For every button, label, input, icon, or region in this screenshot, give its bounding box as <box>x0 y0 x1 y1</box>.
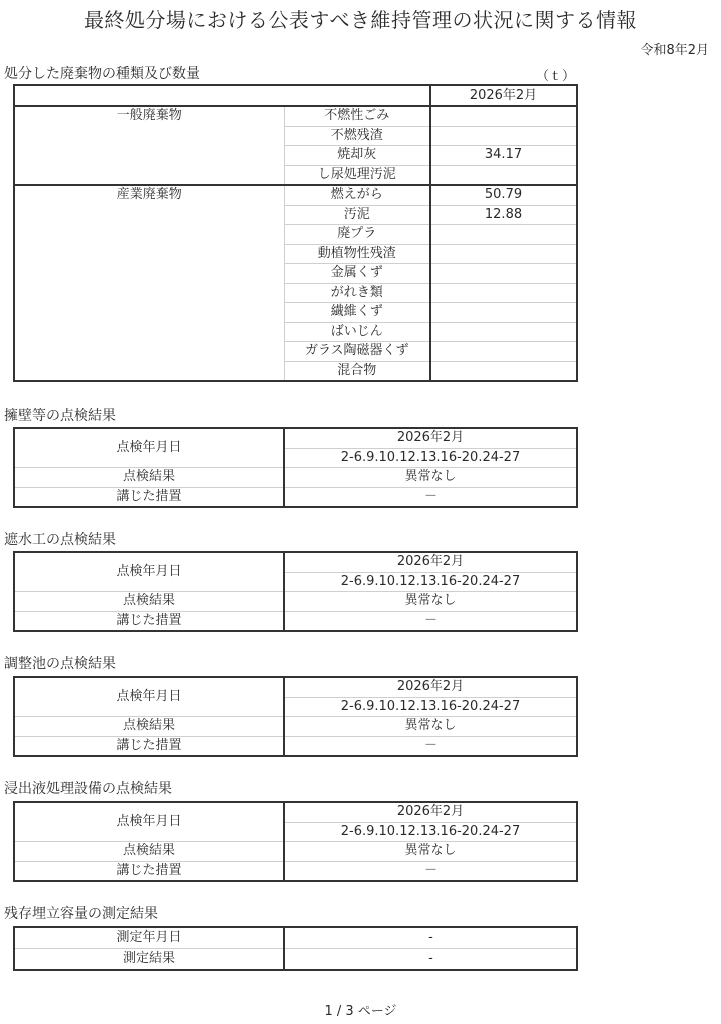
document-date: 令和8年2月 <box>640 39 709 58</box>
item-name: 廃プラ <box>284 225 430 245</box>
inspection-measure: － <box>284 611 577 631</box>
item-value <box>430 303 577 323</box>
item-value <box>430 225 577 245</box>
item-value <box>430 126 577 146</box>
item-name: ばいじん <box>284 322 430 342</box>
item-value: 34.17 <box>430 146 577 166</box>
item-name: 焼却灰 <box>284 146 430 166</box>
header-blank-cell <box>14 85 430 106</box>
column-header: 2026年2月 <box>430 85 577 106</box>
inspection-days: 2-6.9.10.12.13.16-20.24-27 <box>284 697 577 717</box>
item-value: 12.88 <box>430 205 577 225</box>
inspection-month: 2026年2月 <box>284 802 577 822</box>
inspection-month: 2026年2月 <box>284 428 577 448</box>
item-value <box>430 283 577 303</box>
inspection-table-retention-pond: 点検年月日2026年2月 2-6.9.10.12.13.16-20.24-27 … <box>13 676 578 757</box>
inspection-date-label: 点検年月日 <box>14 677 284 717</box>
capacity-result-label: 測定結果 <box>14 949 284 971</box>
inspection-date-label: 点検年月日 <box>14 802 284 842</box>
inspection-result: 異常なし <box>284 592 577 612</box>
inspection-result-label: 点検結果 <box>14 717 284 737</box>
document-title: 最終処分場における公表すべき維持管理の状況に関する情報 <box>0 4 721 33</box>
item-name: 不燃性ごみ <box>284 106 430 126</box>
inspection-result: 異常なし <box>284 468 577 488</box>
inspection-measure: － <box>284 487 577 507</box>
inspection-result: 異常なし <box>284 842 577 862</box>
inspection-measure: － <box>284 861 577 881</box>
inspection-measure-label: 講じた措置 <box>14 611 284 631</box>
capacity-result-value: - <box>284 949 577 971</box>
inspection-result-label: 点検結果 <box>14 592 284 612</box>
page-number: 1 / 3 ページ <box>0 1000 721 1019</box>
inspection-measure-label: 講じた措置 <box>14 861 284 881</box>
table-row: 一般廃棄物 不燃性ごみ <box>14 106 577 126</box>
inspection-table-leachate-treatment: 点検年月日2026年2月 2-6.9.10.12.13.16-20.24-27 … <box>13 801 578 882</box>
inspection-days: 2-6.9.10.12.13.16-20.24-27 <box>284 448 577 468</box>
inspection-month: 2026年2月 <box>284 552 577 572</box>
item-value <box>430 106 577 126</box>
item-value <box>430 264 577 284</box>
capacity-section-title: 残存埋立容量の測定結果 <box>4 903 158 923</box>
item-name: がれき類 <box>284 283 430 303</box>
inspection-date-label: 点検年月日 <box>14 428 284 468</box>
inspection-measure: － <box>284 736 577 756</box>
category-cell: 産業廃棄物 <box>14 185 284 381</box>
item-name: 燃えがら <box>284 185 430 205</box>
inspection-section-title: 擁壁等の点検結果 <box>4 405 116 425</box>
item-name: 動植物性残渣 <box>284 244 430 264</box>
inspection-days: 2-6.9.10.12.13.16-20.24-27 <box>284 822 577 842</box>
inspection-measure-label: 講じた措置 <box>14 487 284 507</box>
item-value <box>430 244 577 264</box>
inspection-result-label: 点検結果 <box>14 842 284 862</box>
inspection-section-title: 浸出液処理設備の点検結果 <box>4 778 172 798</box>
item-name: 汚泥 <box>284 205 430 225</box>
inspection-table-retaining-wall: 点検年月日2026年2月 2-6.9.10.12.13.16-20.24-27 … <box>13 427 578 508</box>
item-value: 50.79 <box>430 185 577 205</box>
capacity-table: 測定年月日- 測定結果- <box>13 926 578 971</box>
inspection-result-label: 点検結果 <box>14 468 284 488</box>
waste-table: 2026年2月 一般廃棄物 不燃性ごみ 不燃残渣 焼却灰 34.17 し尿処理汚… <box>13 84 578 382</box>
unit-label: （ｔ） <box>536 65 575 84</box>
inspection-section-title: 遮水工の点検結果 <box>4 529 116 549</box>
item-name: 不燃残渣 <box>284 126 430 146</box>
inspection-measure-label: 講じた措置 <box>14 736 284 756</box>
item-name: 金属くず <box>284 264 430 284</box>
item-name: ガラス陶磁器くず <box>284 342 430 362</box>
table-header-row: 2026年2月 <box>14 85 577 106</box>
capacity-date-label: 測定年月日 <box>14 927 284 949</box>
waste-section-title: 処分した廃棄物の種類及び数量 <box>4 63 200 83</box>
item-value <box>430 165 577 185</box>
table-row: 産業廃棄物 燃えがら 50.79 <box>14 185 577 205</box>
inspection-result: 異常なし <box>284 717 577 737</box>
inspection-date-label: 点検年月日 <box>14 552 284 592</box>
inspection-section-title: 調整池の点検結果 <box>4 653 116 673</box>
inspection-month: 2026年2月 <box>284 677 577 697</box>
item-name: し尿処理汚泥 <box>284 165 430 185</box>
capacity-date-value: - <box>284 927 577 949</box>
item-value <box>430 322 577 342</box>
inspection-days: 2-6.9.10.12.13.16-20.24-27 <box>284 572 577 592</box>
item-value <box>430 361 577 381</box>
inspection-table-liner: 点検年月日2026年2月 2-6.9.10.12.13.16-20.24-27 … <box>13 551 578 632</box>
item-value <box>430 342 577 362</box>
item-name: 繊維くず <box>284 303 430 323</box>
item-name: 混合物 <box>284 361 430 381</box>
category-cell: 一般廃棄物 <box>14 106 284 185</box>
